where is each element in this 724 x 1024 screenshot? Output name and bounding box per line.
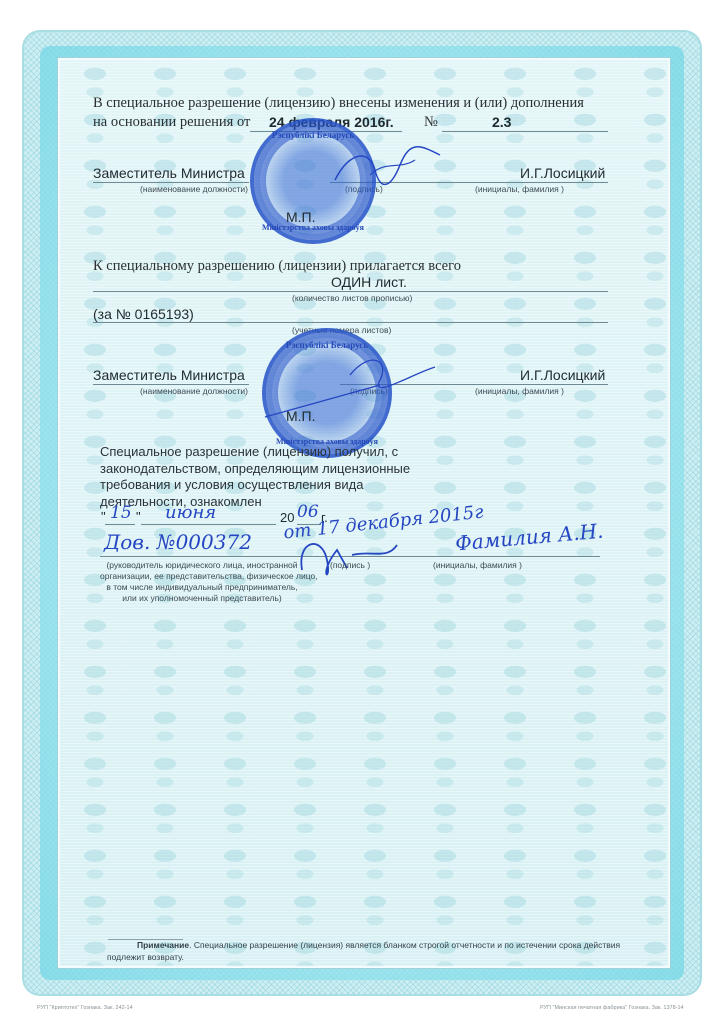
signature-scribble-1 (330, 140, 450, 200)
attachment-intro-text: К специальному разрешению (лицензии) при… (93, 258, 461, 275)
acknowledgement-line: Специальное разрешение (лицензию) получи… (100, 444, 410, 461)
acknowledgement-line: законодательством, определяющим лицензио… (100, 461, 410, 478)
name-caption-1: (инициалы, фамилия ) (475, 184, 564, 194)
holder-caption-line: или их уполномоченный представитель) (100, 593, 304, 604)
signatory-name-1: И.Г.Лосицкий (520, 165, 605, 181)
name-line-1 (425, 182, 608, 183)
seal-text-top-1: Рэспублікі Беларусь (254, 130, 372, 140)
position-1: Заместитель Министра (93, 165, 245, 181)
date-quote-open: " (101, 509, 106, 524)
acknowledgement-text: Специальное разрешение (лицензию) получи… (100, 444, 410, 510)
basis-label: на основании решения от (93, 114, 250, 131)
holder-caption-line: в том числе индивидуальный предпринимате… (100, 582, 304, 593)
note-body: . Специальное разрешение (лицензия) явля… (189, 940, 620, 950)
holder-caption-line: (руководитель юридического лица, иностра… (100, 560, 304, 571)
note-label: Примечание (137, 940, 189, 950)
sheet-numbers: (за № 0165193) (93, 306, 194, 322)
name-caption-2: (инициалы, фамилия ) (475, 386, 564, 396)
printer-imprint-right: РУП "Минская печатная фабрика" Гознака. … (540, 1005, 684, 1011)
holder-name-caption: (инициалы, фамилия ) (433, 560, 522, 570)
holder-caption-line: организации, ее представительства, физич… (100, 571, 304, 582)
date-day: 15 (110, 503, 132, 523)
seal-label-1: М.П. (286, 209, 316, 225)
note-text-line2: подлежит возврату. (107, 952, 184, 962)
sheets-count-caption: (количество листов прописью) (292, 293, 412, 303)
holder-caption: (руководитель юридического лица, иностра… (100, 560, 304, 604)
acknowledgement-line: требования и условия осуществления вида (100, 477, 410, 494)
sheets-count: ОДИН лист. (331, 274, 407, 290)
decision-number-line (442, 131, 608, 132)
amendment-intro-text: В специальное разрешение (лицензию) внес… (93, 95, 584, 112)
sheets-count-line (93, 291, 608, 292)
position-caption-1: (наименование должности) (140, 184, 248, 194)
name-line-2 (425, 384, 608, 385)
signatory-name-2: И.Г.Лосицкий (520, 367, 605, 383)
decision-number: 2.3 (492, 114, 511, 130)
date-month: июня (165, 502, 216, 523)
date-day-line (105, 524, 135, 525)
seal-label-2: М.П. (286, 408, 316, 424)
acknowledgement-line: деятельности, ознакомлен (100, 494, 410, 511)
sheet-numbers-line (93, 322, 608, 323)
handwritten-power-of-attorney: Дов. №000372 (104, 530, 252, 554)
position-line-2 (93, 384, 249, 385)
note-text: Примечание. Специальное разрешение (лице… (137, 940, 620, 950)
printer-imprint-left: РУП "Криптотех" Гознака. Зак. 242-14 (37, 1005, 133, 1011)
holder-signature-caption: (подпись ) (330, 560, 370, 570)
date-month-line (141, 524, 276, 525)
date-quote-close: " (136, 509, 141, 524)
position-caption-2: (наименование должности) (140, 386, 248, 396)
position-2: Заместитель Министра (93, 367, 245, 383)
number-label: № (424, 114, 438, 131)
position-line-1 (93, 182, 249, 183)
